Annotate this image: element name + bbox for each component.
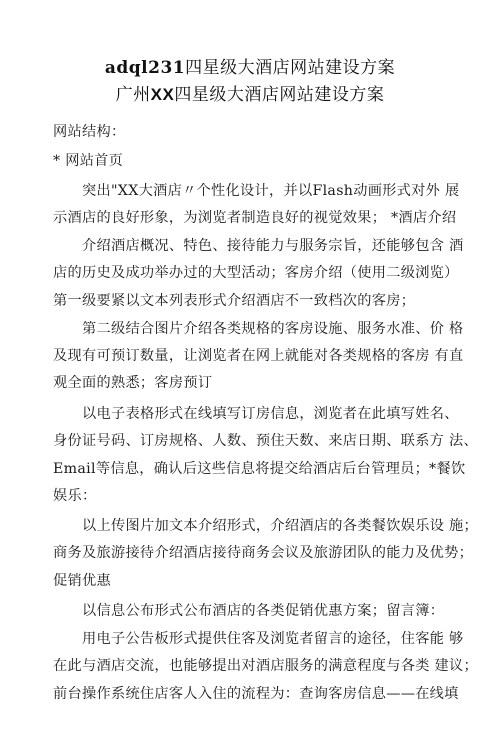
paragraph-line: 网站结构： bbox=[53, 121, 453, 141]
paragraph-line: 以信息公布形式公布酒店的各类促销优惠方案；留言簿： bbox=[82, 600, 482, 620]
document-title: adql231四星级大酒店网站建设方案 bbox=[0, 53, 500, 78]
paragraph-line: 第一级要紧以文本列表形式介绍酒店不一致档次的客房； bbox=[53, 290, 453, 310]
paragraph-line: 介绍酒店概况、特色、接待能力与服务宗旨，还能够包含 酒 bbox=[82, 235, 482, 255]
subtitle-placeholder: XX bbox=[151, 85, 175, 104]
paragraph-line: 在此与酒店交流，也能够提出对酒店服务的满意程度与各类 建议； bbox=[53, 655, 453, 675]
paragraph-line: 突出"XX大酒店〃个性化设计，并以Flash动画形式对外 展 bbox=[82, 180, 482, 200]
paragraph-line: 促销优惠 bbox=[53, 570, 453, 590]
paragraph-line: Email等信息，确认后这些信息将提交给酒店后台管理员；*餐饮 bbox=[53, 458, 453, 478]
bullet-homepage: * 网站首页 bbox=[53, 150, 453, 170]
paragraph-line: 店的历史及成功举办过的大型活动；客房介绍（使用二级浏览） bbox=[53, 262, 453, 282]
paragraph-line: 娱乐： bbox=[53, 485, 453, 505]
paragraph-line: 以电子表格形式在线填写订房信息，浏览者在此填写姓名、 bbox=[82, 403, 482, 423]
paragraph-line: 以上传图片加文本介绍形式，介绍酒店的各类餐饮娱乐设 施； bbox=[82, 515, 482, 535]
title-text: 四星级大酒店网站建设方案 bbox=[185, 58, 395, 78]
paragraph-line: 用电子公告板形式提供住客及浏览者留言的途径，住客能 够 bbox=[82, 628, 482, 648]
paragraph-line: 前台操作系统住店客人入住的流程为：查询客房信息——在线填 bbox=[53, 683, 453, 703]
subtitle-city: 广州 bbox=[116, 85, 151, 105]
subtitle-text: 四星级大酒店网站建设方案 bbox=[174, 85, 384, 105]
paragraph-line: 观全面的熟悉；客房预订 bbox=[53, 372, 453, 392]
title-code: adql231 bbox=[105, 58, 185, 78]
document-page: adql231四星级大酒店网站建设方案 广州XX四星级大酒店网站建设方案 网站结… bbox=[0, 0, 500, 747]
document-subtitle: 广州XX四星级大酒店网站建设方案 bbox=[0, 80, 500, 105]
paragraph-line: 第二级结合图片介绍各类规格的客房设施、服务水准、价 格 bbox=[82, 318, 482, 338]
paragraph-line: 商务及旅游接待介绍酒店接待商务会议及旅游团队的能力及优势； bbox=[53, 542, 453, 562]
paragraph-line: 示酒店的良好形象，为浏览者制造良好的视觉效果； *酒店介绍 bbox=[53, 207, 453, 227]
paragraph-line: 身份证号码、订房规格、人数、预住天数、来店日期、联系方 法、 bbox=[53, 430, 453, 450]
paragraph-line: 及现有可预订数量，让浏览者在网上就能对各类规格的客房 有直 bbox=[53, 345, 453, 365]
